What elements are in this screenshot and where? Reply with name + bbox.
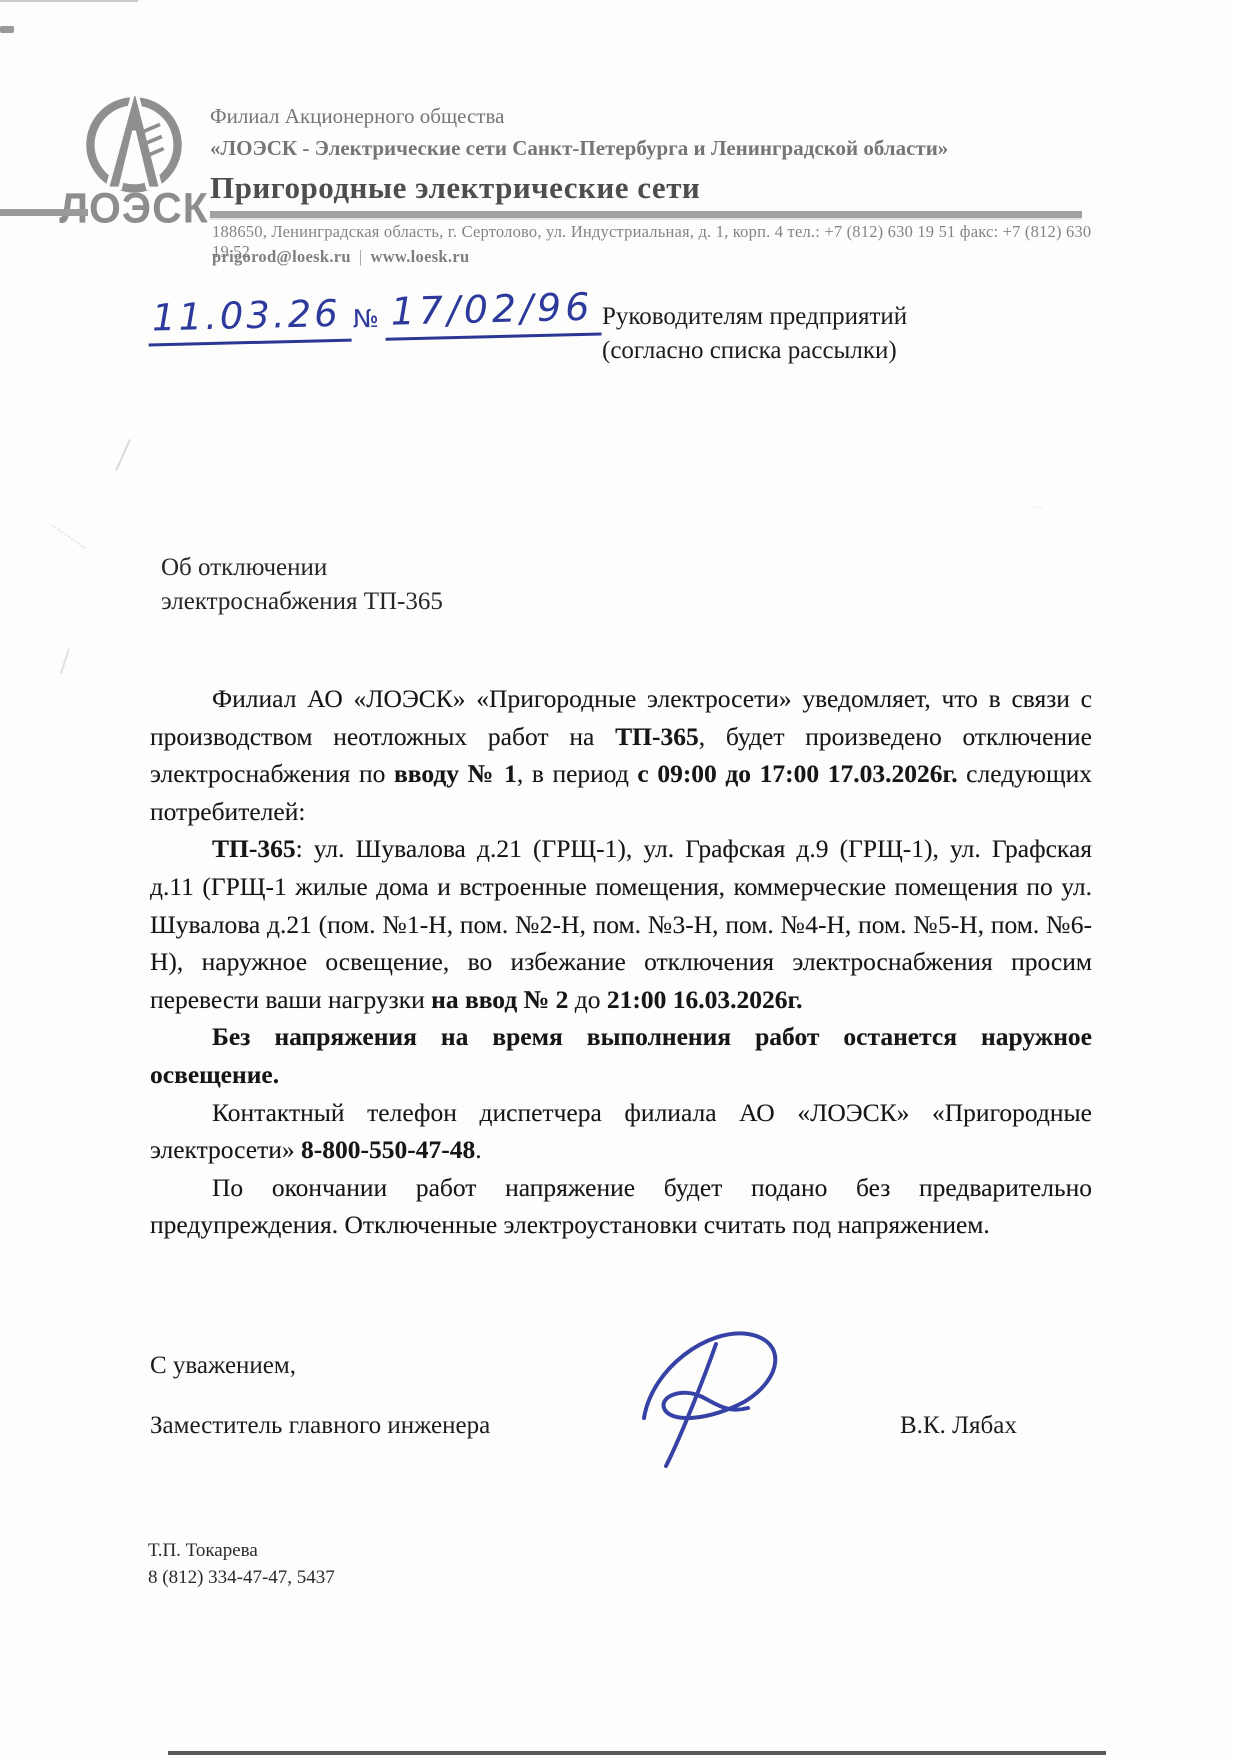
registration-block: 11.03.26 № 17/02/96: [147, 284, 602, 346]
body-paragraph-3: Без напряжения на время выполнения работ…: [150, 1018, 1092, 1093]
scan-artifact-slash: [115, 439, 131, 471]
scanned-letter-page: ··· ЛОЭСК Филиал Акционерного общества «…: [0, 0, 1234, 1761]
org-name-line1: Филиал Акционерного общества: [210, 104, 1090, 129]
letterhead-rule: [210, 211, 1082, 218]
letter-body: Филиал АО «ЛОЭСК» «Пригородные электросе…: [150, 680, 1092, 1244]
handwritten-signature: [628, 1320, 798, 1470]
page-bottom-rule: [168, 1751, 1106, 1755]
executor-name: Т.П. Токарева: [148, 1537, 335, 1564]
signer-position: Заместитель главного инженера: [150, 1412, 490, 1440]
signer-name: В.К. Лябах: [900, 1412, 1017, 1440]
scan-artifact-top-nub: [0, 26, 14, 33]
letterhead-website: www.loesk.ru: [370, 247, 469, 266]
letterhead-contacts: prigorod@loesk.ru|www.loesk.ru: [212, 247, 469, 267]
salutation: С уважением,: [150, 1352, 296, 1380]
body-paragraph-5: По окончании работ напряжение будет пода…: [150, 1169, 1092, 1244]
subject-line2: электроснабжения ТП-365: [161, 585, 443, 619]
scan-artifact-specks: [52, 487, 112, 549]
subject-block: Об отключении электроснабжения ТП-365: [161, 551, 443, 619]
body-paragraph-2: ТП-365: ул. Шувалова д.21 (ГРЩ-1), ул. Г…: [150, 830, 1092, 1018]
logo-wordmark: ЛОЭСК: [55, 187, 213, 229]
letterhead-email: prigorod@loesk.ru: [212, 247, 351, 266]
recipient-line1: Руководителям предприятий: [602, 300, 907, 334]
body-paragraph-4: Контактный телефон диспетчера филиала АО…: [150, 1094, 1092, 1169]
recipient-block: Руководителям предприятий (согласно спис…: [602, 300, 907, 368]
recipient-line2: (согласно списка рассылки): [602, 334, 907, 368]
body-paragraph-1: Филиал АО «ЛОЭСК» «Пригородные электросе…: [150, 680, 1092, 830]
contacts-separator: |: [359, 247, 363, 266]
number-sign: №: [350, 304, 385, 342]
letterhead-text-block: Филиал Акционерного общества «ЛОЭСК - Эл…: [210, 104, 1090, 206]
subject-line1: Об отключении: [161, 551, 443, 585]
executor-block: Т.П. Токарева 8 (812) 334-47-47, 5437: [148, 1537, 335, 1591]
handwritten-date: 11.03.26: [147, 292, 351, 347]
scan-artifact-specks: ···: [1032, 502, 1062, 510]
scan-artifact-slash: [60, 648, 70, 673]
branch-name: Пригородные электрические сети: [210, 170, 1090, 206]
org-name-line2: «ЛОЭСК - Электрические сети Санкт-Петерб…: [210, 136, 1090, 161]
handwritten-outgoing-number: 17/02/96: [384, 284, 602, 340]
loesk-logo: ЛОЭСК: [55, 92, 213, 228]
executor-phone: 8 (812) 334-47-47, 5437: [148, 1564, 335, 1591]
scan-artifact-top-line: [0, 0, 138, 2]
loesk-lightning-icon: [55, 92, 213, 194]
letterhead-rule-left: [0, 209, 88, 216]
